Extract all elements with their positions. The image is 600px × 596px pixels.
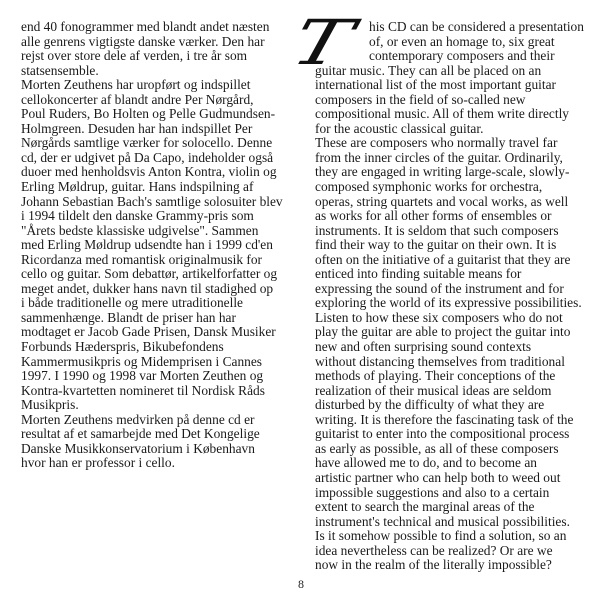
text-line: Holmgreen. Desuden har han indspillet Pe… [21,122,296,137]
page-number: 8 [298,577,304,592]
text-line: cellokoncerter af blandt andre Per Nørgå… [21,93,296,108]
text-line: Johann Sebastian Bach's samtlige solosui… [21,195,296,210]
text-line: without distancing themselves from tradi… [315,355,600,370]
text-line: extent to search the marginal areas of t… [315,500,600,515]
text-line: modtaget er Jacob Gade Prisen, Dansk Mus… [21,325,296,340]
text-line: instruments. It is seldom that such comp… [315,224,600,239]
text-line: statsensemble. [21,64,296,79]
right-column-english-text: T his CD can be considered a presentatio… [315,20,600,573]
text-line: These are composers who normally travel … [315,136,600,151]
text-line: med Erling Møldrup udsendte han i 1999 c… [21,238,296,253]
text-line: rejst over store dele af verden, i tre å… [21,49,296,64]
text-line: i både traditionelle og mere utraditione… [21,296,296,311]
text-line: impossible suggestions and also to a cer… [315,486,600,501]
text-line: of, or even an homage to, six great [369,35,584,50]
text-line: enticed into finding suitable means for [315,267,600,282]
text-line: hvor han er professor i cello. [21,456,296,471]
text-line: Erling Møldrup, guitar. Hans indspilning… [21,180,296,195]
text-line: meget andet, dukker hans navn til stadig… [21,282,296,297]
text-line: contemporary composers and their [369,49,584,64]
text-line: idea nevertheless can be realized? Or ar… [315,544,600,559]
text-line: guitarist to enter into the compositiona… [315,427,600,442]
text-line: for the acoustic classical guitar. [315,122,600,137]
text-line: as early as possible, as all of these co… [315,442,600,457]
text-line: they are engaged in writing large-scale,… [315,165,600,180]
drop-cap-paragraph-start: T his CD can be considered a presentatio… [315,20,600,64]
text-line: Poul Ruders, Bo Holten og Pelle Gudmunds… [21,107,296,122]
text-line: end 40 fonogrammer med blandt andet næst… [21,20,296,35]
text-line: often on the initiative of a guitarist t… [315,253,600,268]
text-line: new and often surprising sound contexts [315,340,600,355]
text-line: have allowed me to do, and to become an [315,456,600,471]
text-line: realization of their musical ideas are s… [315,384,600,399]
text-line: sammenhænge. Blandt de priser han har [21,311,296,326]
text-line: disturbed by the difficulty of what they… [315,398,600,413]
text-line: duoer med henholdsvis Anton Kontra, viol… [21,165,296,180]
text-line: i 1994 tildelt den danske Grammy-pris so… [21,209,296,224]
text-line: Listen to how these six composers who do… [315,311,600,326]
text-line: artistic partner who can help both to we… [315,471,600,486]
text-line: from the inner circles of the guitar. Or… [315,151,600,166]
text-line: Morten Zeuthens medvirken på denne cd er [21,413,296,428]
text-line: Danske Musikkonservatorium i København [21,442,296,457]
text-line: his CD can be considered a presentation [369,20,584,35]
text-line: instrument's technical and musical possi… [315,515,600,530]
text-line: Forbunds Hæderspris, Bikubefondens [21,340,296,355]
text-line: find their way to the guitar on their ow… [315,238,600,253]
text-line: resultat af et samarbejde med Det Kongel… [21,427,296,442]
text-line: Kammermusikpris og Midemprisen i Cannes [21,355,296,370]
text-line: Ricordanza med romantisk originalmusik f… [21,253,296,268]
left-column-danish-text: end 40 fonogrammer med blandt andet næst… [21,20,296,471]
text-line: cd, der er udgivet på Da Capo, indeholde… [21,151,296,166]
text-line: "Årets bedste klassiske udgivelse". Samm… [21,224,296,239]
text-line: composed symphonic works for orchestra, [315,180,600,195]
text-line: as works for all other forms of ensemble… [315,209,600,224]
text-line: now in the realm of the literally imposs… [315,558,600,573]
text-line: play the guitar are able to project the … [315,325,600,340]
text-line: Nørgårds samtlige værker for solocello. … [21,136,296,151]
text-line: Is it somehow possible to find a solutio… [315,529,600,544]
text-line: international list of the most important… [315,78,600,93]
text-line: writing. It is therefore the fascinating… [315,413,600,428]
text-line: Musikpris. [21,398,296,413]
text-line: compositional music. All of them write d… [315,107,600,122]
text-line: cello og guitar. Som debattør, artikelfo… [21,267,296,282]
text-line: 1997. I 1990 og 1998 var Morten Zeuthen … [21,369,296,384]
text-line: methods of playing. Their conceptions of… [315,369,600,384]
text-line: exploring the world of its expressive po… [315,296,600,311]
text-line: expressing the sound of the instrument a… [315,282,600,297]
text-line: alle genrens vigtigste danske værker. De… [21,35,296,50]
text-line: Morten Zeuthens har uropført og indspill… [21,78,296,93]
text-line: Kontra-kvartetten nomineret til Nordisk … [21,384,296,399]
text-line: guitar music. They can all be placed on … [315,64,600,79]
text-line: operas, string quartets and vocal works,… [315,195,600,210]
text-line: composers in the field of so-called new [315,93,600,108]
